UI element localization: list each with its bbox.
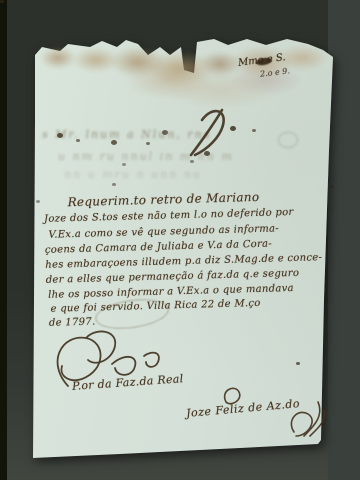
ink-specks <box>0 0 4 3</box>
ink-flourish-mark <box>182 102 242 162</box>
rubric-flourish <box>40 322 170 407</box>
bleedthrough-marks: nn u mru n unn nu <box>64 168 202 181</box>
signature-flourish-tail <box>284 392 330 440</box>
paper-watermark-ring <box>278 132 298 148</box>
photo-background: s Mr. lnum a Nlun, rns u nm ru nnul in m… <box>0 0 360 480</box>
